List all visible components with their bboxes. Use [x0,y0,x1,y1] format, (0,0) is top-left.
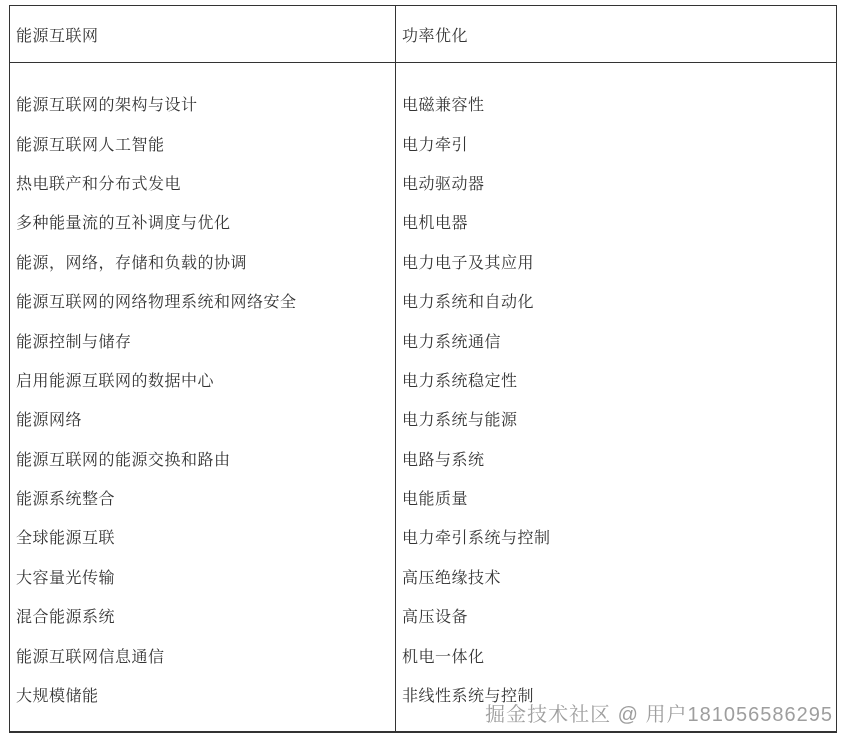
list-item: 能源系统整合 [16,478,395,517]
list-item: 热电联产和分布式发电 [16,163,395,202]
list-item: 电力系统稳定性 [402,360,836,399]
list-item: 多种能量流的互补调度与优化 [16,202,395,241]
list-item: 能源互联网信息通信 [16,635,395,674]
list-item: 高压设备 [402,596,836,635]
list-item: 能源互联网的能源交换和路由 [16,439,395,478]
table-body-row: 能源互联网的架构与设计能源互联网人工智能热电联产和分布式发电多种能量流的互补调度… [10,63,836,731]
list-item: 电磁兼容性 [402,84,836,123]
list-item: 能源互联网的网络物理系统和网络安全 [16,281,395,320]
column-header-energy-internet: 能源互联网 [10,6,395,62]
list-item: 大容量光传输 [16,557,395,596]
list-item: 电力电子及其应用 [402,242,836,281]
list-item: 电路与系统 [402,439,836,478]
column-energy-internet-items: 能源互联网的架构与设计能源互联网人工智能热电联产和分布式发电多种能量流的互补调度… [10,63,395,731]
list-item: 能源互联网的架构与设计 [16,84,395,123]
list-item: 能源控制与储存 [16,320,395,359]
list-item: 电能质量 [402,478,836,517]
page: 能源互联网 功率优化 能源互联网的架构与设计能源互联网人工智能热电联产和分布式发… [0,0,846,741]
list-item: 能源，网络，存储和负载的协调 [16,242,395,281]
list-item: 启用能源互联网的数据中心 [16,360,395,399]
list-item: 大规模储能 [16,675,395,714]
column-power-optimization-items: 电磁兼容性电力牵引电动驱动器电机电器电力电子及其应用电力系统和自动化电力系统通信… [395,63,836,731]
list-item: 混合能源系统 [16,596,395,635]
list-item: 能源互联网人工智能 [16,123,395,162]
table-header-row: 能源互联网 功率优化 [10,6,836,63]
list-item: 电力系统和自动化 [402,281,836,320]
list-item: 能源网络 [16,399,395,438]
column-header-power-optimization: 功率优化 [395,6,836,62]
list-item: 电力系统与能源 [402,399,836,438]
list-item: 电机电器 [402,202,836,241]
list-item: 电动驱动器 [402,163,836,202]
list-item: 电力系统通信 [402,320,836,359]
list-item: 高压绝缘技术 [402,557,836,596]
list-item: 机电一体化 [402,635,836,674]
list-item: 全球能源互联 [16,517,395,556]
topics-table: 能源互联网 功率优化 能源互联网的架构与设计能源互联网人工智能热电联产和分布式发… [9,5,837,733]
watermark: 掘金技术社区 @ 用户181056586295 [485,698,833,727]
list-item: 电力牵引系统与控制 [402,517,836,556]
list-item: 电力牵引 [402,123,836,162]
